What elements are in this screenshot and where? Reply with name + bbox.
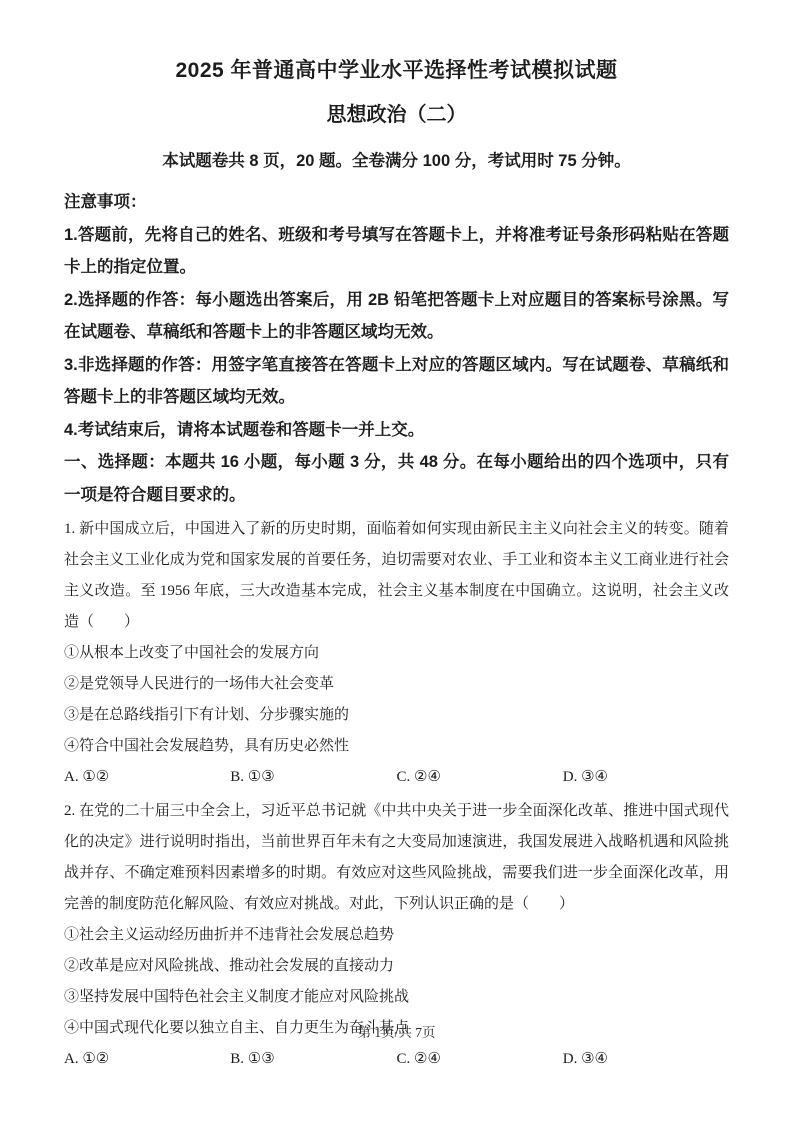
exam-info-line: 本试题卷共 8 页，20 题。全卷满分 100 分，考试用时 75 分钟。	[64, 150, 729, 173]
notices-block: 注意事项： 1.答题前，先将自己的姓名、班级和考号填写在答题卡上，并将准考证号条…	[64, 186, 729, 511]
question-statement: ③是在总路线指引下有计划、分步骤实施的	[64, 700, 729, 731]
choice-d: D. ③④	[563, 1044, 608, 1075]
notice-item: 4.考试结束后，请将本试题卷和答题卡一并上交。	[64, 414, 729, 447]
choice-c: C. ②④	[397, 1044, 441, 1075]
question-stem: 1. 新中国成立后，中国进入了新的历史时期，面临着如何实现由新民主主义向社会主义…	[64, 514, 729, 638]
question-statement: ①从根本上改变了中国社会的发展方向	[64, 638, 729, 669]
question-statement: ①社会主义运动经历曲折并不违背社会发展总趋势	[64, 920, 729, 951]
notice-item: 2.选择题的作答：每小题选出答案后，用 2B 铅笔把答题卡上对应题目的答案标号涂…	[64, 284, 729, 349]
choice-c: C. ②④	[397, 762, 441, 793]
exam-subtitle: 思想政治（二）	[64, 101, 729, 129]
choice-d: D. ③④	[563, 762, 608, 793]
question-statement: ②是党领导人民进行的一场伟大社会变革	[64, 669, 729, 700]
choice-a: A. ①②	[64, 762, 109, 793]
question-1: 1. 新中国成立后，中国进入了新的历史时期，面临着如何实现由新民主主义向社会主义…	[64, 514, 729, 793]
question-statement: ②改革是应对风险挑战、推动社会发展的直接动力	[64, 951, 729, 982]
choices-row: A. ①② B. ①③ C. ②④ D. ③④	[64, 762, 729, 793]
exam-title: 2025 年普通高中学业水平选择性考试模拟试题	[64, 0, 729, 85]
exam-page: 2025 年普通高中学业水平选择性考试模拟试题 思想政治（二） 本试题卷共 8 …	[0, 0, 793, 1075]
question-statement: ④符合中国社会发展趋势，具有历史必然性	[64, 731, 729, 762]
choices-row: A. ①② B. ①③ C. ②④ D. ③④	[64, 1044, 729, 1075]
notices-heading: 注意事项：	[64, 186, 729, 219]
choice-a: A. ①②	[64, 1044, 109, 1075]
page-footer: 第 1页/共 7页	[0, 1024, 793, 1042]
choice-b: B. ①③	[230, 1044, 274, 1075]
question-statement: ③坚持发展中国特色社会主义制度才能应对风险挑战	[64, 982, 729, 1013]
notice-item: 1.答题前，先将自己的姓名、班级和考号填写在答题卡上，并将准考证号条形码粘贴在答…	[64, 219, 729, 284]
section-intro: 一、选择题：本题共 16 小题，每小题 3 分，共 48 分。在每小题给出的四个…	[64, 446, 729, 511]
notice-item: 3.非选择题的作答：用签字笔直接答在答题卡上对应的答题区域内。写在试题卷、草稿纸…	[64, 349, 729, 414]
choice-b: B. ①③	[230, 762, 274, 793]
question-stem: 2. 在党的二十届三中全会上，习近平总书记就《中共中央关于进一步全面深化改革、推…	[64, 796, 729, 920]
